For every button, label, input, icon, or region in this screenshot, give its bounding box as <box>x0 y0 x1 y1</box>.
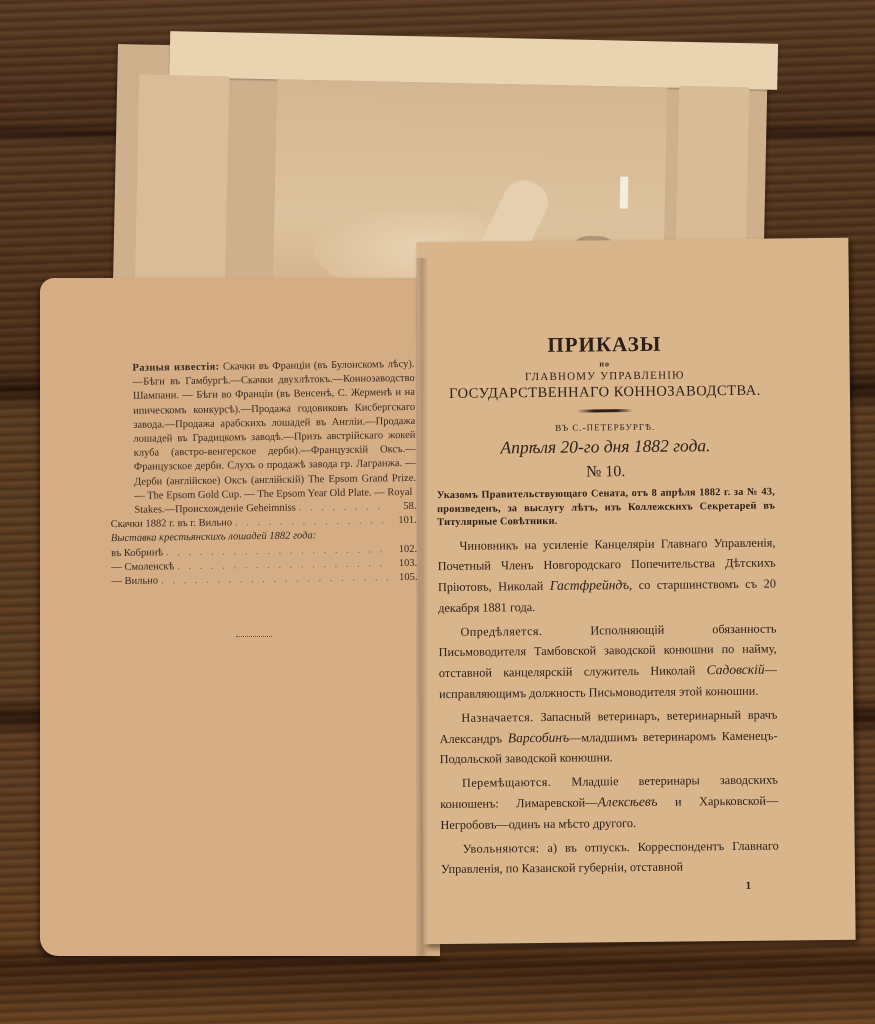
tape-strip <box>169 31 778 90</box>
right-page: ПРИКАЗЫ по ГЛАВНОМУ УПРАВЛЕНІЮ ГОСУДАРСТ… <box>416 238 855 944</box>
ornament-rule <box>577 409 633 413</box>
book-gutter <box>416 258 428 958</box>
open-booklet: Разныя известія: Скачки въ Франціи (въ Б… <box>30 238 852 958</box>
decree-paragraph: Указомъ Правительствующаго Сената, отъ 8… <box>437 486 775 530</box>
subtitle: ГЛАВНОМУ УПРАВЛЕНІЮ <box>436 369 774 385</box>
white-tag <box>620 177 629 209</box>
page-title: ПРИКАЗЫ <box>435 331 773 360</box>
date-line: Апрѣля 20-го дня 1882 года. <box>436 435 774 460</box>
table-of-contents: Разныя известія: Скачки въ Франціи (въ Б… <box>108 358 417 590</box>
order-paragraph: Опредѣляется. Исполняющій обязанность Пи… <box>438 618 777 705</box>
orders-text: ПРИКАЗЫ по ГЛАВНОМУ УПРАВЛЕНІЮ ГОСУДАРСТ… <box>435 331 779 896</box>
subtitle: ГОСУДАРСТВЕННАГО КОННОЗАВОДСТВА. <box>436 383 774 404</box>
page-number: 1 <box>441 880 779 896</box>
left-page: Разныя известія: Скачки въ Франціи (въ Б… <box>40 278 440 956</box>
place-line: ВЪ С.-ПЕТЕРБУРГѢ. <box>436 421 774 435</box>
order-number: № 10. <box>437 462 775 484</box>
order-paragraph: Назначается. Запасный ветеринаръ, ветери… <box>439 704 778 770</box>
ornament-rule <box>236 636 272 639</box>
toc-row: — Вильно105. <box>111 571 417 589</box>
order-paragraph: Чиновникъ на усиленіе Канцеляріи Главнаг… <box>437 532 776 619</box>
order-paragraph: Перемѣщаются. Младшіе ветеринары заводск… <box>440 770 779 836</box>
order-paragraph: Увольняются: а) въ отпускъ. Корреспонден… <box>441 835 779 880</box>
toc-entry-news: Разныя известія: Скачки въ Франціи (въ Б… <box>108 358 416 504</box>
